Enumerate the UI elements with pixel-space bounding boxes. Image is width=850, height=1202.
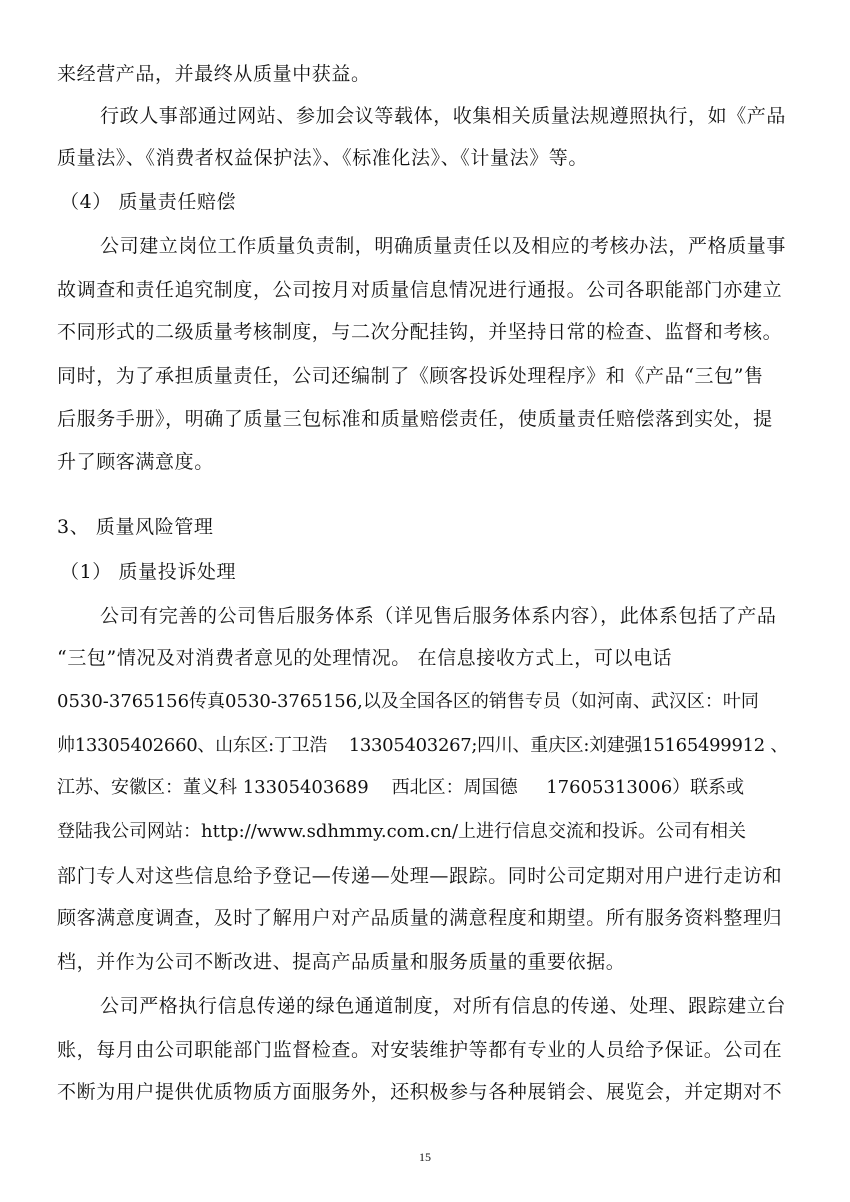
heading-quality-risk-management: 3、 质量风险管理: [57, 515, 214, 539]
text-line-website: 登陆我公司网站：http://www.sdhmmy.com.cn/上进行信息交流…: [57, 820, 746, 844]
text-line: 江苏、安徽区：董义科 13305403689 西北区：周国德 176053130…: [57, 776, 744, 800]
text-line: “三包”情况及对消费者意见的处理情况。 在信息接收方式上，可以电话: [57, 646, 672, 670]
text-line: 部门专人对这些信息给予登记—传递—处理—跟踪。同时公司定期对用户进行走访和: [57, 864, 782, 888]
text-line: 档，并作为公司不断改进、提高产品质量和服务质量的重要依据。: [57, 950, 625, 974]
text-line: 升了顾客满意度。: [57, 450, 214, 474]
text-line: 同时，为了承担质量责任，公司还编制了《顾客投诉处理程序》和《产品“三包”售: [57, 364, 764, 388]
text-line: 0530-3765156传真0530-3765156,以及全国各区的销售专员（如…: [57, 690, 759, 714]
text-line: 公司严格执行信息传递的绿色通道制度，对所有信息的传递、处理、跟踪建立台: [100, 994, 786, 1018]
document-page: 来经营产品，并最终从质量中获益。 行政人事部通过网站、参加会议等载体，收集相关质…: [0, 0, 850, 1202]
subheading-complaint-handling: （1） 质量投诉处理: [60, 560, 236, 584]
text-line: 不同形式的二级质量考核制度，与二次分配挂钩，并坚持日常的检查、监督和考核。: [57, 320, 782, 344]
text-line: 账，每月由公司职能部门监督检查。对安装维护等都有专业的人员给予保证。公司在: [57, 1038, 782, 1062]
subheading-quality-liability: （4） 质量责任赔偿: [60, 190, 236, 214]
text-line: 后服务手册》，明确了质量三包标准和质量赔偿责任，使质量责任赔偿落到实处，提: [57, 407, 773, 431]
text-line: 不断为用户提供优质物质方面服务外，还积极参与各种展销会、展览会，并定期对不: [57, 1080, 782, 1104]
text-line: 质量法》、《消费者权益保护法》、《标准化法》、《计量法》等。: [57, 146, 588, 170]
text-line: 顾客满意度调查，及时了解用户对产品质量的满意程度和期望。所有服务资料整理归: [57, 906, 782, 930]
text-line: 公司建立岗位工作质量负责制，明确质量责任以及相应的考核办法，严格质量事: [100, 234, 786, 258]
text-line: 帅13305402660、山东区:丁卫浩 13305403267;四川、重庆区:…: [57, 734, 788, 758]
text-line: 公司有完善的公司售后服务体系（详见售后服务体系内容），此体系包括了产品: [100, 604, 777, 628]
text-line: 行政人事部通过网站、参加会议等载体，收集相关质量法规遵照执行，如《产品: [100, 104, 786, 128]
text-line: 来经营产品，并最终从质量中获益。: [57, 62, 371, 86]
page-number: 15: [0, 1150, 850, 1165]
text-line: 故调查和责任追究制度，公司按月对质量信息情况进行通报。公司各职能部门亦建立: [57, 278, 782, 302]
